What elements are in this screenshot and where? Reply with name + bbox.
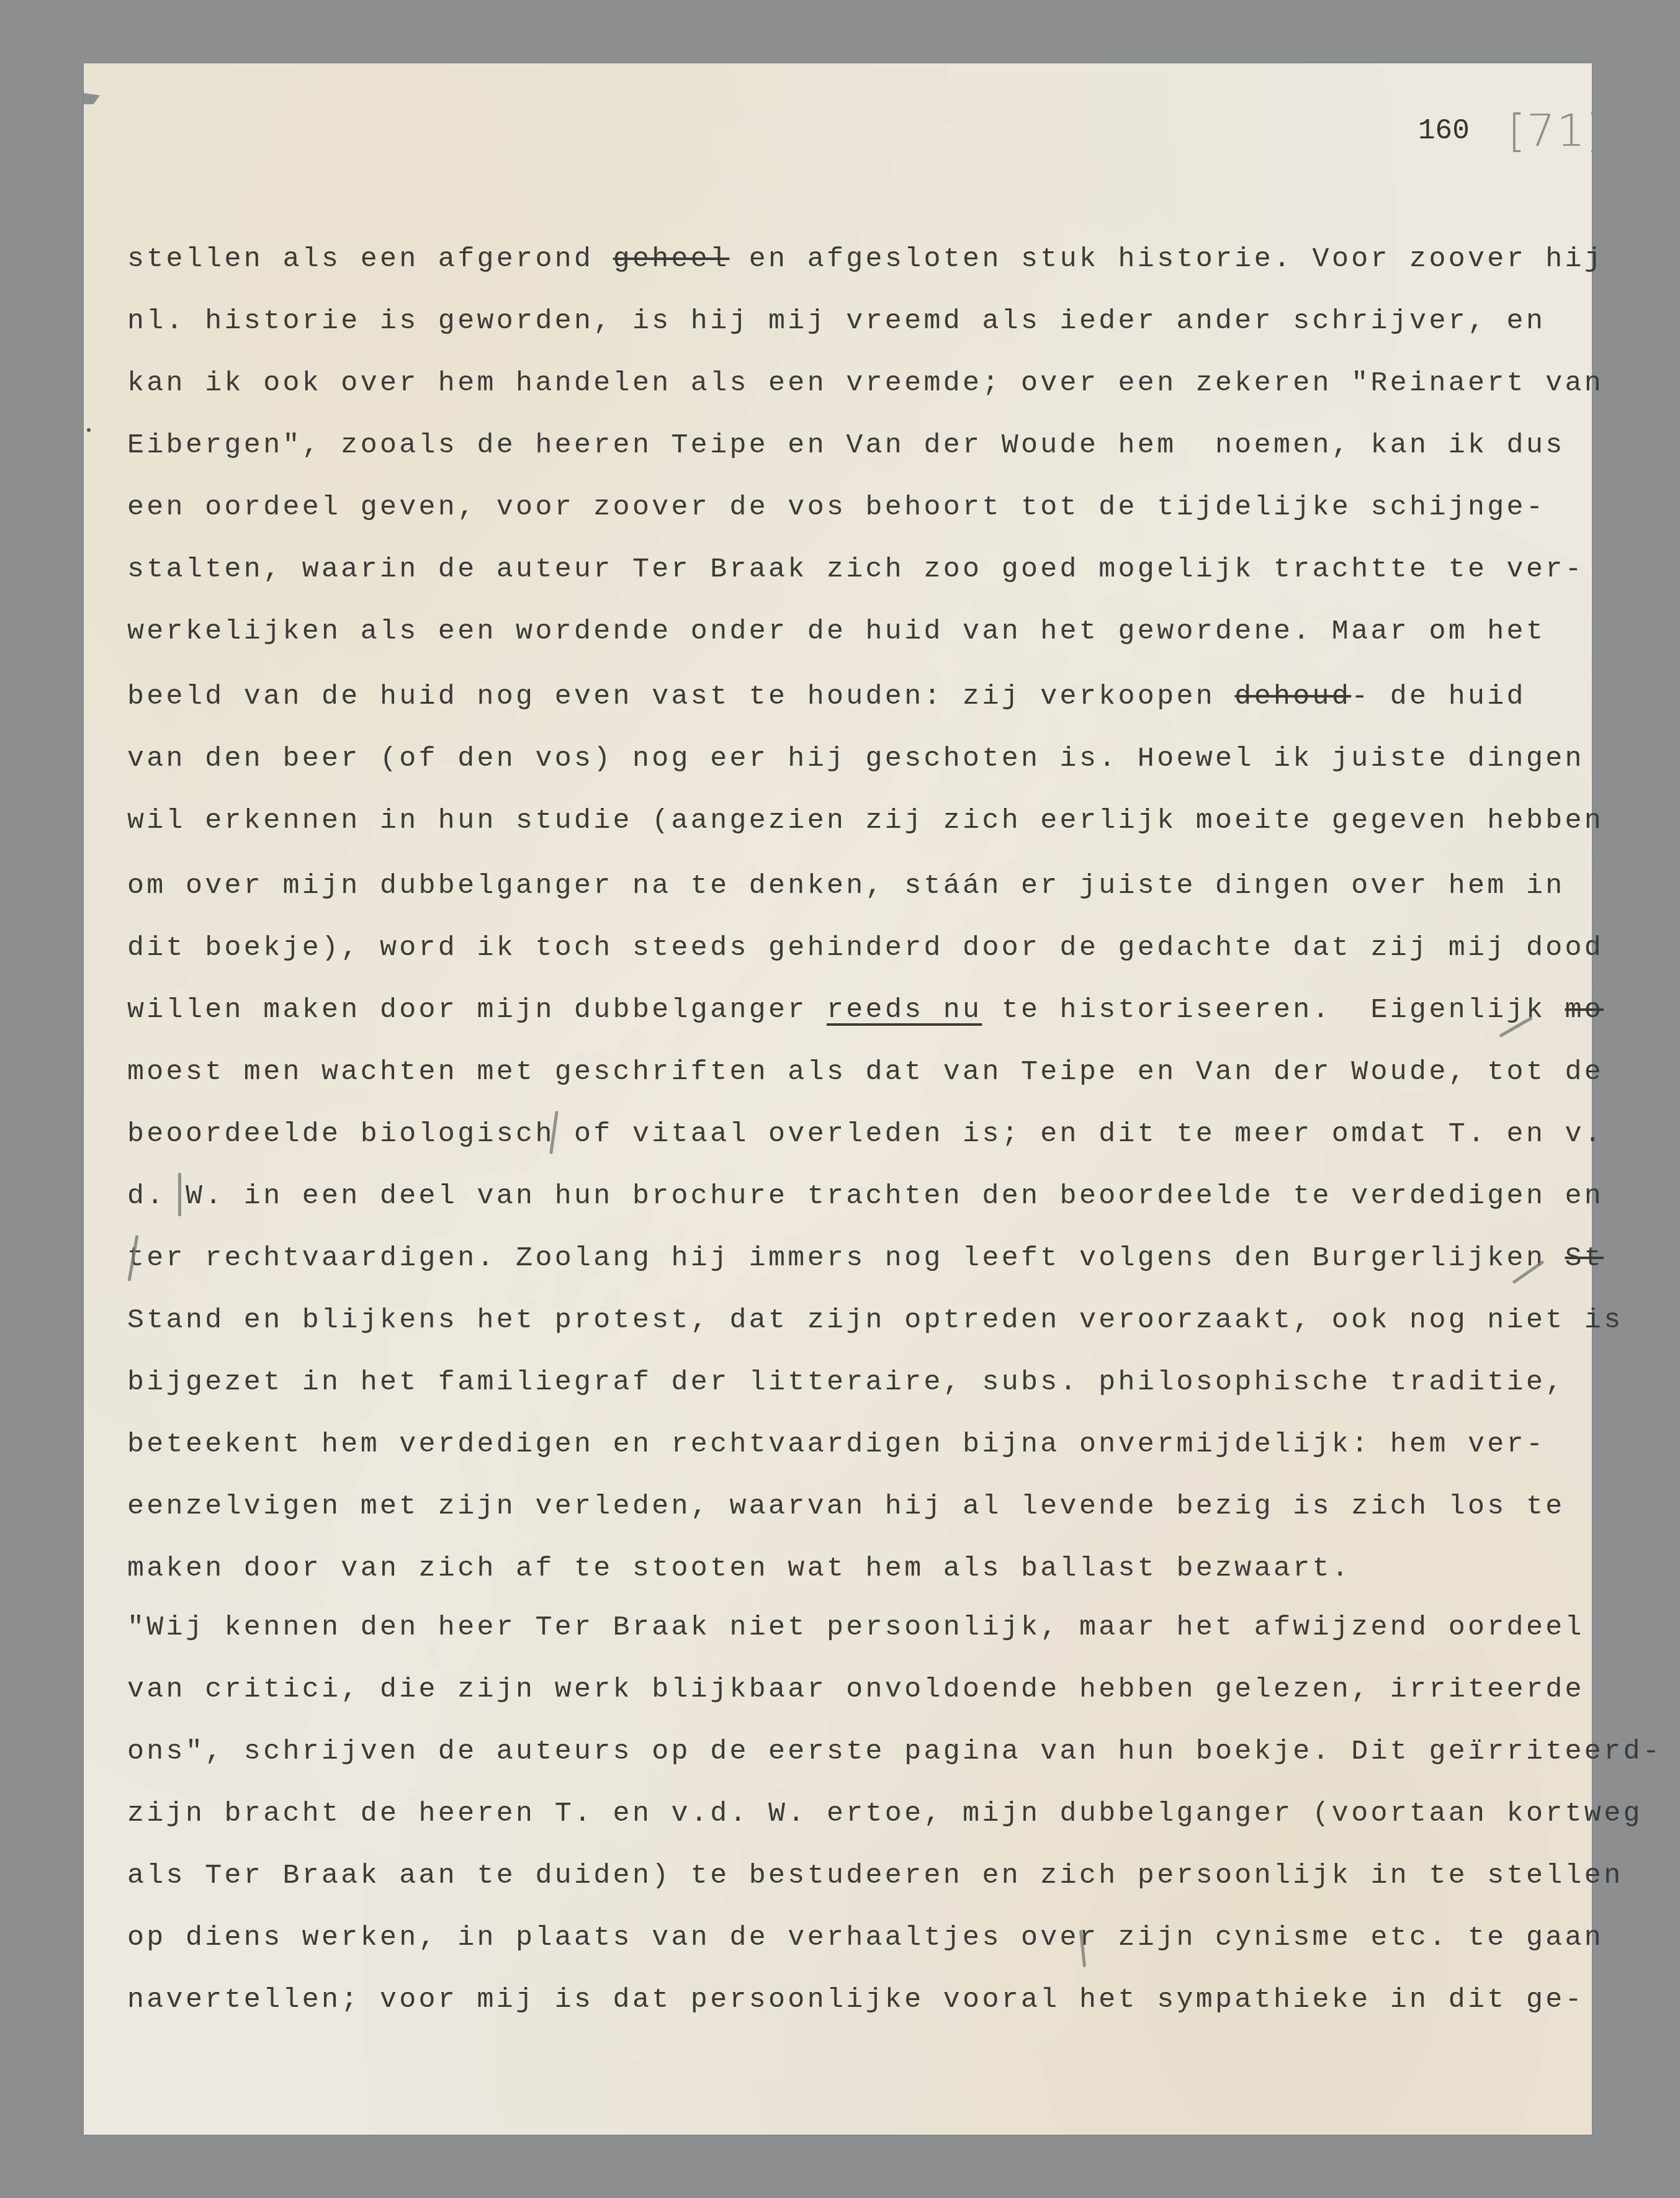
typed-line: dit boekje), word ik toch steeds gehinde… bbox=[127, 934, 1604, 962]
line-text: bijgezet in het familiegraf der litterai… bbox=[127, 1366, 1565, 1398]
line-text: als Ter Braak aan te duiden) te bestudee… bbox=[127, 1860, 1623, 1891]
line-text: kan ik ook over hem handelen als een vre… bbox=[127, 367, 1604, 399]
typed-line: ons", schrijven de auteurs op de eerste … bbox=[127, 1738, 1662, 1765]
typed-line: een oordeel geven, voor zoover de vos be… bbox=[127, 493, 1545, 521]
typed-line: zijn bracht de heeren T. en v.d. W. erto… bbox=[127, 1800, 1643, 1828]
typed-line: beeld van de huid nog even vast te houde… bbox=[127, 683, 1526, 711]
typed-line: op diens werken, in plaats van de verhaa… bbox=[127, 1924, 1604, 1952]
archive-number: [71] bbox=[1508, 104, 1605, 156]
typed-line: d. W. in een deel van hun brochure trach… bbox=[127, 1182, 1604, 1210]
line-text: nl. historie is geworden, is hij mij vre… bbox=[127, 305, 1545, 337]
typed-line: van critici, die zijn werk blijkbaar onv… bbox=[127, 1675, 1584, 1703]
line-text: van critici, die zijn werk blijkbaar onv… bbox=[127, 1674, 1584, 1705]
line-text: Eibergen", zooals de heeren Teipe en Van… bbox=[127, 429, 1565, 461]
line-text: op diens werken, in plaats van de verhaa… bbox=[127, 1922, 1604, 1954]
typed-line: Eibergen", zooals de heeren Teipe en Van… bbox=[127, 431, 1565, 459]
line-text: moest men wachten met geschriften als da… bbox=[127, 1056, 1604, 1088]
line-text: navertellen; voor mij is dat persoonlijk… bbox=[127, 1984, 1584, 2016]
line-text: beoordeelde biologisch of vitaal overled… bbox=[127, 1118, 1604, 1150]
typed-line: ter rechtvaardigen. Zoolang hij immers n… bbox=[127, 1244, 1604, 1272]
typed-line: eenzelvigen met zijn verleden, waarvan h… bbox=[127, 1492, 1565, 1520]
struck-through-text: dehoud bbox=[1234, 681, 1351, 712]
typed-line: bijgezet in het familiegraf der litterai… bbox=[127, 1368, 1565, 1396]
torn-corner bbox=[84, 93, 100, 104]
line-text: dit boekje), word ik toch steeds gehinde… bbox=[127, 932, 1604, 964]
typed-line: Stand en blijkens het protest, dat zijn … bbox=[127, 1306, 1623, 1334]
struck-through-text: geheel bbox=[613, 243, 730, 275]
line-text: werkelijken als een wordende onder de hu… bbox=[127, 616, 1545, 647]
line-text: van den beer (of den vos) nog eer hij ge… bbox=[127, 743, 1584, 774]
typed-line: stellen als een afgerond geheel en afges… bbox=[127, 245, 1604, 273]
typed-line: moest men wachten met geschriften als da… bbox=[127, 1058, 1604, 1086]
line-text: om over mijn dubbelganger na te denken, … bbox=[127, 870, 1565, 902]
line-text: ter rechtvaardigen. Zoolang hij immers n… bbox=[127, 1242, 1565, 1274]
line-text: "Wij kennen den heer Ter Braak niet pers… bbox=[127, 1612, 1584, 1643]
line-text: zijn bracht de heeren T. en v.d. W. erto… bbox=[127, 1798, 1643, 1829]
typed-line: om over mijn dubbelganger na te denken, … bbox=[127, 872, 1565, 900]
typed-line: kan ik ook over hem handelen als een vre… bbox=[127, 369, 1604, 397]
struck-through-text: St bbox=[1565, 1242, 1604, 1274]
typed-line: "Wij kennen den heer Ter Braak niet pers… bbox=[127, 1613, 1584, 1641]
typed-line: maken door van zich af te stooten wat he… bbox=[127, 1554, 1351, 1582]
typed-line: werkelijken als een wordende onder de hu… bbox=[127, 617, 1545, 645]
line-text: d. W. in een deel van hun brochure trach… bbox=[127, 1180, 1604, 1212]
line-text: stalten, waarin de auteur Ter Braak zich… bbox=[127, 554, 1584, 585]
typed-line: navertellen; voor mij is dat persoonlijk… bbox=[127, 1986, 1584, 2014]
typed-line: beoordeelde biologisch of vitaal overled… bbox=[127, 1120, 1604, 1148]
line-text: - de huid bbox=[1351, 681, 1526, 712]
line-text: ons", schrijven de auteurs op de eerste … bbox=[127, 1736, 1662, 1767]
typed-line: als Ter Braak aan te duiden) te bestudee… bbox=[127, 1862, 1623, 1890]
typed-line: willen maken door mijn dubbelganger reed… bbox=[127, 996, 1604, 1024]
line-text: beeld van de huid nog even vast te houde… bbox=[127, 681, 1234, 712]
struck-through-text: mo bbox=[1565, 994, 1604, 1026]
typed-line: nl. historie is geworden, is hij mij vre… bbox=[127, 307, 1545, 335]
line-text: maken door van zich af te stooten wat he… bbox=[127, 1553, 1351, 1584]
typed-line: wil erkennen in hun studie (aangezien zi… bbox=[127, 807, 1604, 835]
line-text: eenzelvigen met zijn verleden, waarvan h… bbox=[127, 1491, 1565, 1522]
margin-mark bbox=[87, 428, 91, 432]
line-text: Stand en blijkens het protest, dat zijn … bbox=[127, 1304, 1623, 1336]
line-text: en afgesloten stuk historie. Voor zoover… bbox=[729, 243, 1604, 275]
pencil-correction-mark bbox=[178, 1173, 181, 1216]
line-text: stellen als een afgerond bbox=[127, 243, 613, 275]
line-text: beteekent hem verdedigen en rechtvaardig… bbox=[127, 1429, 1545, 1460]
underlined-text: reeds nu bbox=[827, 994, 982, 1026]
typed-line: van den beer (of den vos) nog eer hij ge… bbox=[127, 745, 1584, 773]
line-text: te historiseeren. Eigenlijk bbox=[982, 994, 1565, 1026]
page-number: 160 bbox=[1418, 115, 1470, 147]
line-text: wil erkennen in hun studie (aangezien zi… bbox=[127, 805, 1604, 837]
line-text: een oordeel geven, voor zoover de vos be… bbox=[127, 491, 1545, 523]
typed-line: stalten, waarin de auteur Ter Braak zich… bbox=[127, 555, 1584, 583]
line-text: willen maken door mijn dubbelganger bbox=[127, 994, 827, 1026]
typed-line: beteekent hem verdedigen en rechtvaardig… bbox=[127, 1430, 1545, 1458]
